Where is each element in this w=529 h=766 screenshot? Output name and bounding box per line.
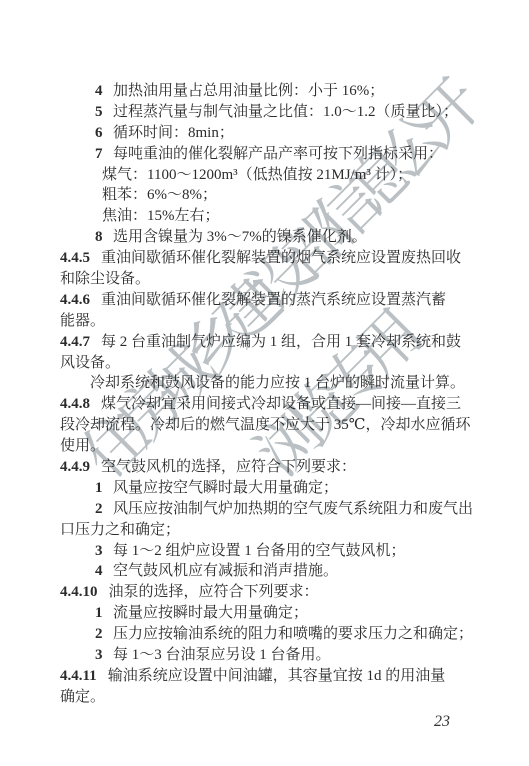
document-body: 4加热油用量占总用油量比例：小于 16%； 5过程蒸汽量与制气油量之比值：1.0… (60, 81, 472, 708)
text-line: 焦油：15%左右； (60, 206, 472, 227)
line-text: 每 1～3 台油泵应另设 1 台备用。 (113, 647, 331, 663)
line-text: 口压力之和确定； (60, 522, 180, 538)
line-text: 冷却系统和鼓风设备的能力应按 1 台炉的瞬时流量计算。 (90, 375, 465, 391)
line-text: 重油间歇循环催化裂解装置的蒸汽系统应设置蒸汽蓄 (101, 292, 446, 308)
item-number: 3 (95, 645, 113, 666)
item-number: 1 (95, 478, 113, 499)
clause-number: 4.4.10 (60, 584, 98, 600)
text-line: 4.4.11输油系统应设置中间油罐，其容量宜按 1d 的用油量 (60, 666, 472, 687)
line-text: 和除尘设备。 (60, 271, 150, 287)
line-text: 油泵的选择，应符合下列要求： (109, 584, 319, 600)
text-line: 段冷却流程。冷却后的燃气温度不应大于 35℃，冷却水应循环 (60, 415, 472, 436)
item-number: 2 (95, 499, 113, 520)
text-line: 煤气：1100～1200m³（低热值按 21MJ/m³ 计）； (60, 165, 472, 186)
item-number: 4 (95, 81, 113, 102)
clause-number: 4.4.7 (60, 334, 90, 350)
line-text: 使用。 (60, 438, 105, 454)
line-text: 空气鼓风机应有减振和消声措施。 (113, 563, 338, 579)
line-text: 加热油用量占总用油量比例：小于 16%； (113, 83, 384, 99)
line-text: 重油间歇循环催化裂解装置的烟气系统应设置废热回收 (101, 250, 461, 266)
line-text: 煤气冷却宜采用间接式冷却设备或直接—间接—直接三 (101, 396, 461, 412)
line-text: 循环时间：8min； (113, 125, 234, 141)
line-text: 每 1～2 组炉应设置 1 台备用的空气鼓风机； (113, 543, 406, 559)
text-line: 2压力应按输油系统的阻力和喷嘴的要求压力之和确定； (60, 624, 472, 645)
text-line: 4.4.8煤气冷却宜采用间接式冷却设备或直接—间接—直接三 (60, 394, 472, 415)
text-line: 粗苯：6%～8%； (60, 185, 472, 206)
text-line: 4.4.7每 2 台重油制气炉应编为 1 组，合用 1 套冷却系统和鼓 (60, 332, 472, 353)
page-number: 23 (434, 713, 450, 731)
item-number: 2 (95, 624, 113, 645)
item-number: 8 (95, 227, 113, 248)
text-line: 7每吨重油的催化裂解产品产率可按下列指标采用： (60, 144, 472, 165)
item-number: 7 (95, 144, 113, 165)
text-line: 风设备。 (60, 353, 472, 374)
line-text: 能器。 (60, 313, 105, 329)
text-line: 8选用含镍量为 3%～7%的镍系催化剂。 (60, 227, 472, 248)
line-text: 输油系统应设置中间油罐，其容量宜按 1d 的用油量 (108, 668, 446, 684)
text-line: 冷却系统和鼓风设备的能力应按 1 台炉的瞬时流量计算。 (60, 373, 472, 394)
clause-number: 4.4.8 (60, 396, 90, 412)
text-line: 4.4.5重油间歇循环催化裂解装置的烟气系统应设置废热回收 (60, 248, 472, 269)
line-text: 风压应按油制气炉加热期的空气废气系统阻力和废气出 (113, 501, 473, 517)
text-line: 1流量应按瞬时最大用量确定； (60, 603, 472, 624)
line-text: 风设备。 (60, 355, 120, 371)
text-line: 确定。 (60, 687, 472, 708)
line-text: 空气鼓风机的选择，应符合下列要求： (101, 459, 356, 475)
text-line: 4加热油用量占总用油量比例：小于 16%； (60, 81, 472, 102)
line-text: 每 2 台重油制气炉应编为 1 组，合用 1 套冷却系统和鼓 (101, 334, 461, 350)
line-text: 过程蒸汽量与制气油量之比值：1.0～1.2（质量比）； (113, 104, 458, 120)
text-line: 能器。 (60, 311, 472, 332)
item-number: 6 (95, 123, 113, 144)
line-text: 煤气：1100～1200m³（低热值按 21MJ/m³ 计）； (102, 167, 412, 183)
line-text: 段冷却流程。冷却后的燃气温度不应大于 35℃，冷却水应循环 (60, 417, 471, 433)
text-line: 4空气鼓风机应有减振和消声措施。 (60, 561, 472, 582)
text-line: 2风压应按油制气炉加热期的空气废气系统阻力和废气出 (60, 499, 472, 520)
text-line: 6循环时间：8min； (60, 123, 472, 144)
text-line: 口压力之和确定； (60, 520, 472, 541)
text-line: 1风量应按空气瞬时最大用量确定； (60, 478, 472, 499)
clause-number: 4.4.5 (60, 250, 90, 266)
line-text: 流量应按瞬时最大用量确定； (113, 605, 308, 621)
text-line: 使用。 (60, 436, 472, 457)
line-text: 风量应按空气瞬时最大用量确定； (113, 480, 338, 496)
line-text: 压力应按输油系统的阻力和喷嘴的要求压力之和确定； (113, 626, 473, 642)
clause-number: 4.4.11 (60, 668, 97, 684)
line-text: 粗苯：6%～8%； (102, 187, 217, 203)
text-line: 4.4.6重油间歇循环催化裂解装置的蒸汽系统应设置蒸汽蓄 (60, 290, 472, 311)
document-page: 住房城乡建设部信息公开 浏览专用 4加热油用量占总用油量比例：小于 16%； 5… (0, 0, 529, 766)
text-line: 5过程蒸汽量与制气油量之比值：1.0～1.2（质量比）； (60, 102, 472, 123)
text-line: 3每 1～2 组炉应设置 1 台备用的空气鼓风机； (60, 541, 472, 562)
item-number: 1 (95, 603, 113, 624)
text-line: 4.4.10油泵的选择，应符合下列要求： (60, 582, 472, 603)
text-line: 3每 1～3 台油泵应另设 1 台备用。 (60, 645, 472, 666)
text-line: 和除尘设备。 (60, 269, 472, 290)
line-text: 确定。 (60, 689, 105, 705)
item-number: 3 (95, 541, 113, 562)
item-number: 4 (95, 561, 113, 582)
clause-number: 4.4.9 (60, 459, 90, 475)
item-number: 5 (95, 102, 113, 123)
clause-number: 4.4.6 (60, 292, 90, 308)
line-text: 每吨重油的催化裂解产品产率可按下列指标采用： (113, 146, 443, 162)
line-text: 选用含镍量为 3%～7%的镍系催化剂。 (113, 229, 367, 245)
text-line: 4.4.9空气鼓风机的选择，应符合下列要求： (60, 457, 472, 478)
line-text: 焦油：15%左右； (102, 208, 220, 224)
